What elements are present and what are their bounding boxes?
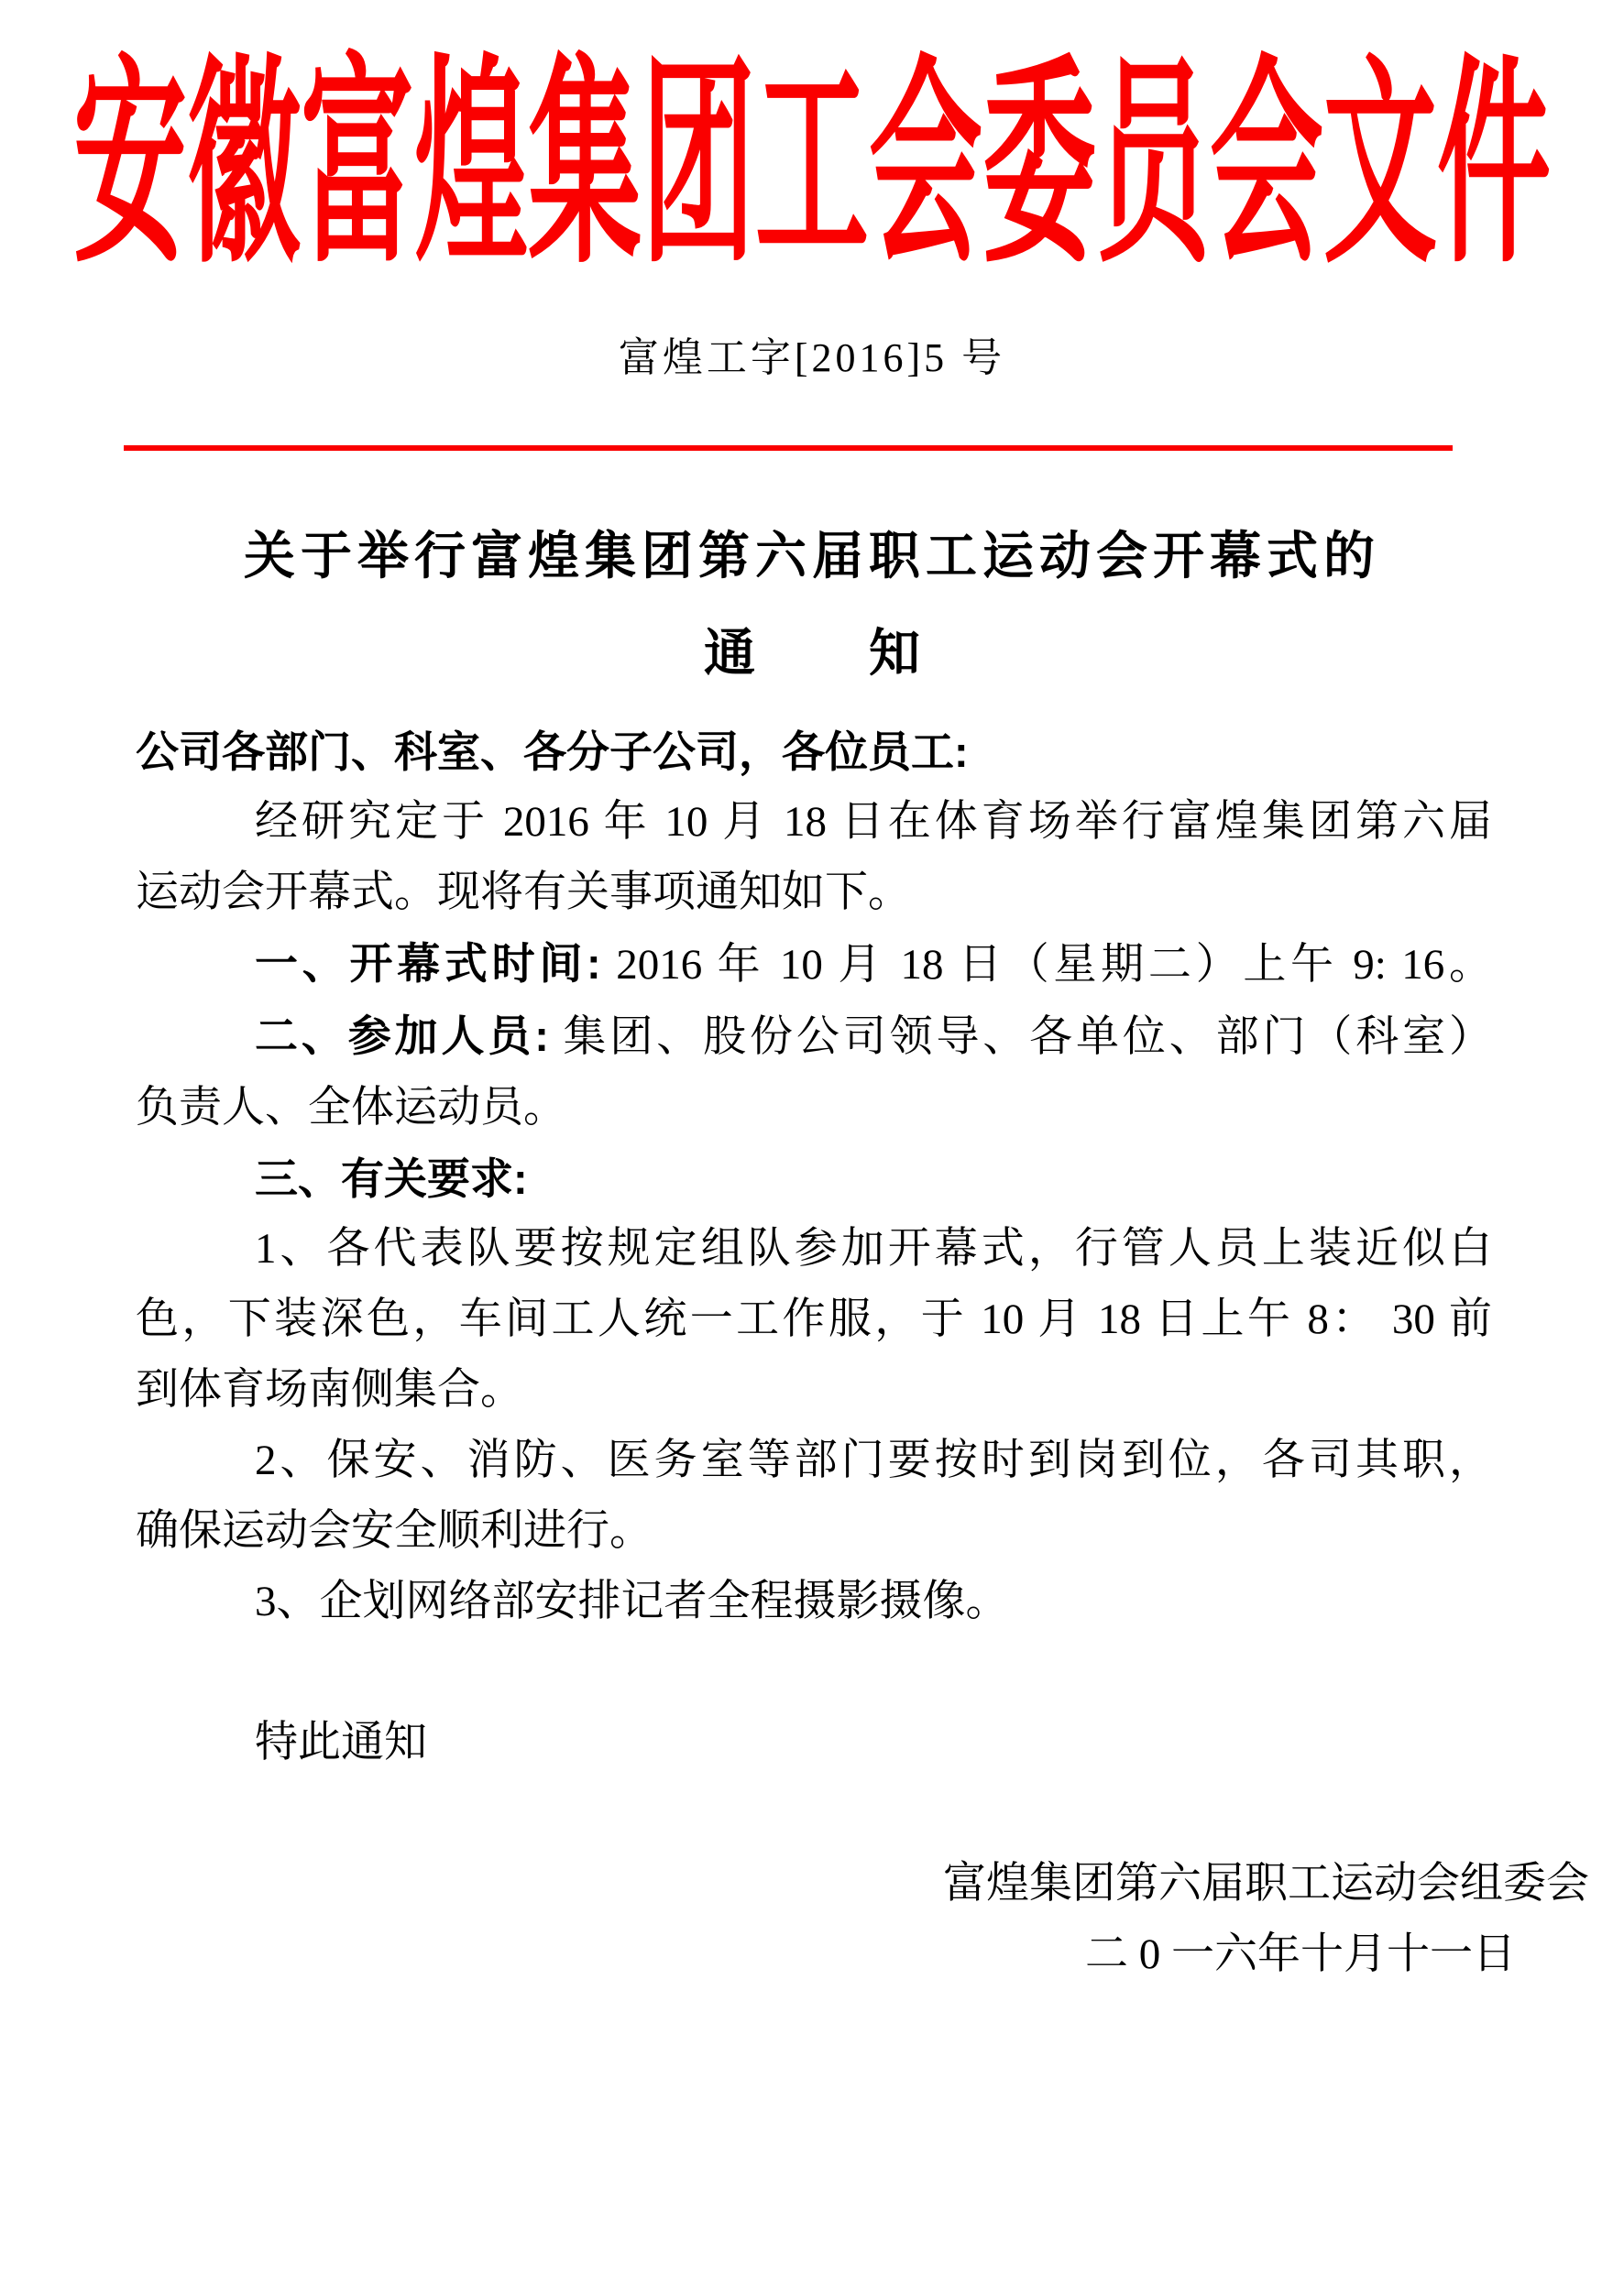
- notice-title: 关于举行富煌集团第六届职工运动会开幕式的: [0, 522, 1624, 590]
- body-line-text: 经研究定于 2016 年 10 月 18 日在体育场举行富煌集团第六届: [255, 798, 1492, 846]
- body-line-text: 确保运动会安全顺利进行。: [136, 1507, 653, 1555]
- doc-number: 富煌工字[2016]5 号: [0, 332, 1624, 385]
- body-line: 负责人、全体运动员。: [136, 1073, 1492, 1143]
- body-line-text: 运动会开幕式。现将有关事项通知如下。: [136, 869, 911, 916]
- body-line-text: 到体育场南侧集合。: [136, 1366, 523, 1414]
- body-line-text: 色，下装深色，车间工人统一工作服，于 10 月 18 日上午 8： 30 前: [136, 1296, 1492, 1343]
- body-line-item-3: 三、有关要求:: [136, 1143, 1492, 1214]
- body-line: 运动会开幕式。现将有关事项通知如下。: [136, 858, 1492, 928]
- closing-text: 特此通知: [255, 1719, 427, 1766]
- body-line-sub-1: 1、各代表队要按规定组队参加开幕式，行管人员上装近似白: [136, 1214, 1492, 1285]
- body-line: 确保运动会安全顺利进行。: [136, 1496, 1492, 1567]
- item-1-label: 一、开幕式时间:: [255, 939, 601, 988]
- body-line-item-2: 二、参加人员: 集团、股份公司领导、各单位、部门（科室）: [136, 1000, 1492, 1073]
- notice-subtitle: 通知: [0, 621, 1624, 685]
- document-page: 安徽富煌集团工会委员会文件 富煌工字[2016]5 号 关于举行富煌集团第六届职…: [0, 0, 1624, 2296]
- body-line-sub-3: 3、企划网络部安排记者全程摄影摄像。: [136, 1567, 1492, 1637]
- item-2-label: 二、参加人员:: [255, 1011, 549, 1060]
- signature-date: 二 0 一六年十月十一日: [0, 1919, 1624, 1990]
- signature-organization: 富煌集团第六届职工运动会组委会: [0, 1849, 1624, 1919]
- red-separator-line: [124, 445, 1453, 451]
- notice-subtitle-word1: 通: [704, 624, 755, 682]
- item-1-text: 2016 年 10 月 18 日（星期二）上午 9: 16。: [601, 941, 1492, 989]
- red-masthead-title: 安徽富煌集团工会委员会文件: [0, 51, 1624, 284]
- notice-subtitle-word2: 知: [869, 624, 920, 682]
- item-2-text: 集团、股份公司领导、各单位、部门（科室）: [549, 1013, 1492, 1061]
- body-line: 色，下装深色，车间工人统一工作服，于 10 月 18 日上午 8： 30 前: [136, 1285, 1492, 1355]
- closing-line: 特此通知: [136, 1708, 1492, 1778]
- item-3-label: 三、有关要求:: [255, 1154, 528, 1203]
- sub-2-text: 2、保安、消防、医务室等部门要按时到岗到位，各司其职，: [255, 1437, 1492, 1484]
- salutation-text: 公司各部门、科室、各分子公司，各位员工:: [136, 727, 969, 776]
- body-line-sub-2: 2、保安、消防、医务室等部门要按时到岗到位，各司其职，: [136, 1426, 1492, 1496]
- body-line: 到体育场南侧集合。: [136, 1355, 1492, 1426]
- sub-1-text: 1、各代表队要按规定组队参加开幕式，行管人员上装近似白: [255, 1225, 1492, 1273]
- salutation-line: 公司各部门、科室、各分子公司，各位员工:: [136, 716, 1492, 787]
- body-line-item-1: 一、开幕式时间: 2016 年 10 月 18 日（星期二）上午 9: 16。: [136, 928, 1492, 1000]
- notice-body: 公司各部门、科室、各分子公司，各位员工: 经研究定于 2016 年 10 月 1…: [0, 716, 1624, 1778]
- body-line: 经研究定于 2016 年 10 月 18 日在体育场举行富煌集团第六届: [136, 787, 1492, 858]
- sub-3-text: 3、企划网络部安排记者全程摄影摄像。: [255, 1578, 1009, 1625]
- body-line-text: 负责人、全体运动员。: [136, 1084, 566, 1132]
